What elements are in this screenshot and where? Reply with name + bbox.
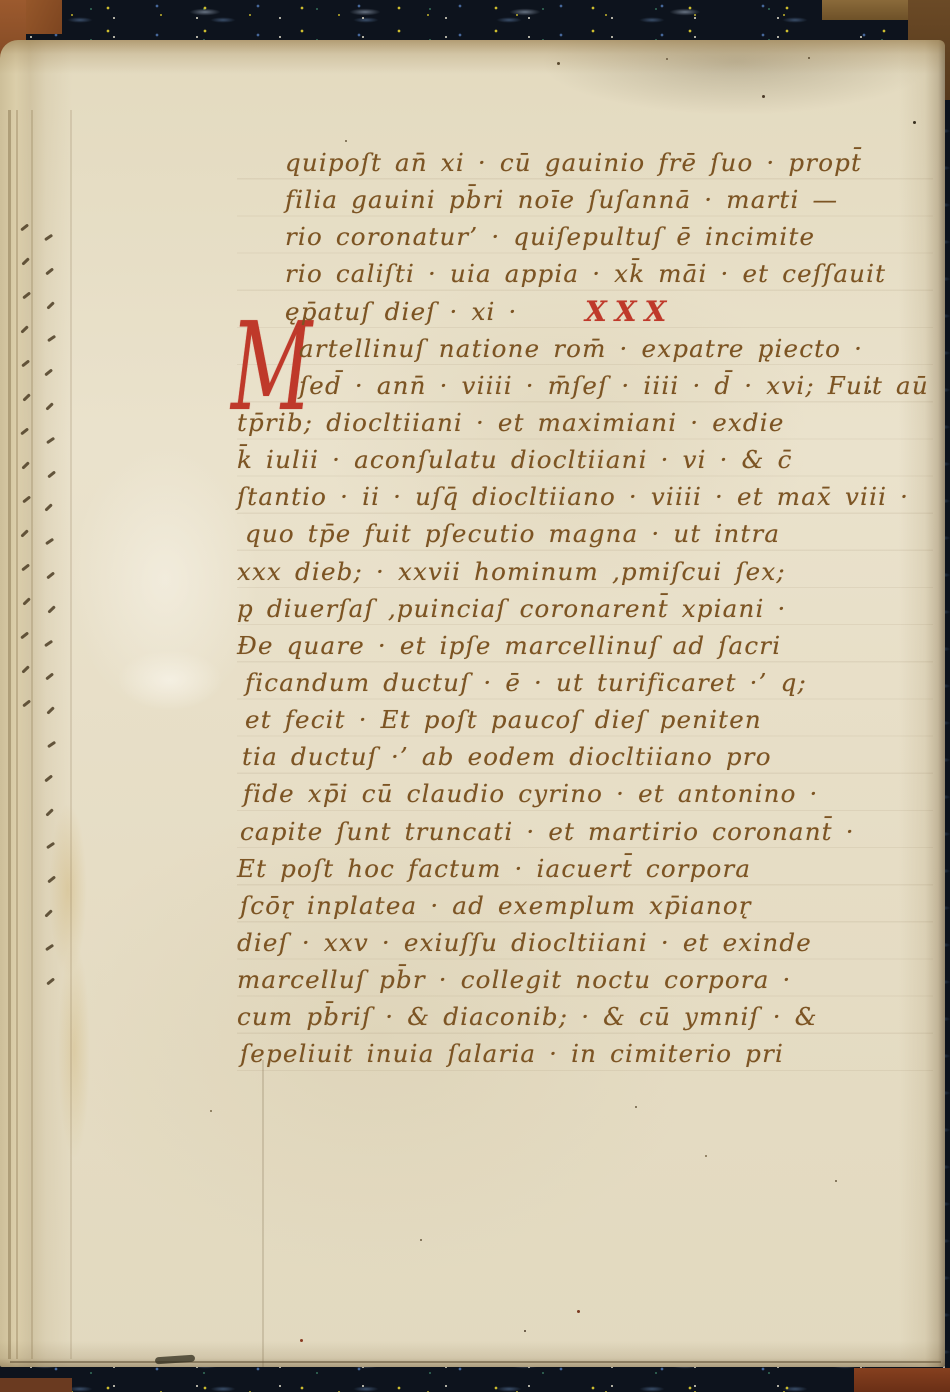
- manuscript-photo: M quipoſt an̄ xi · cū gauinio frē ſuo · …: [0, 0, 950, 1392]
- parchment-specks: [0, 0, 950, 1392]
